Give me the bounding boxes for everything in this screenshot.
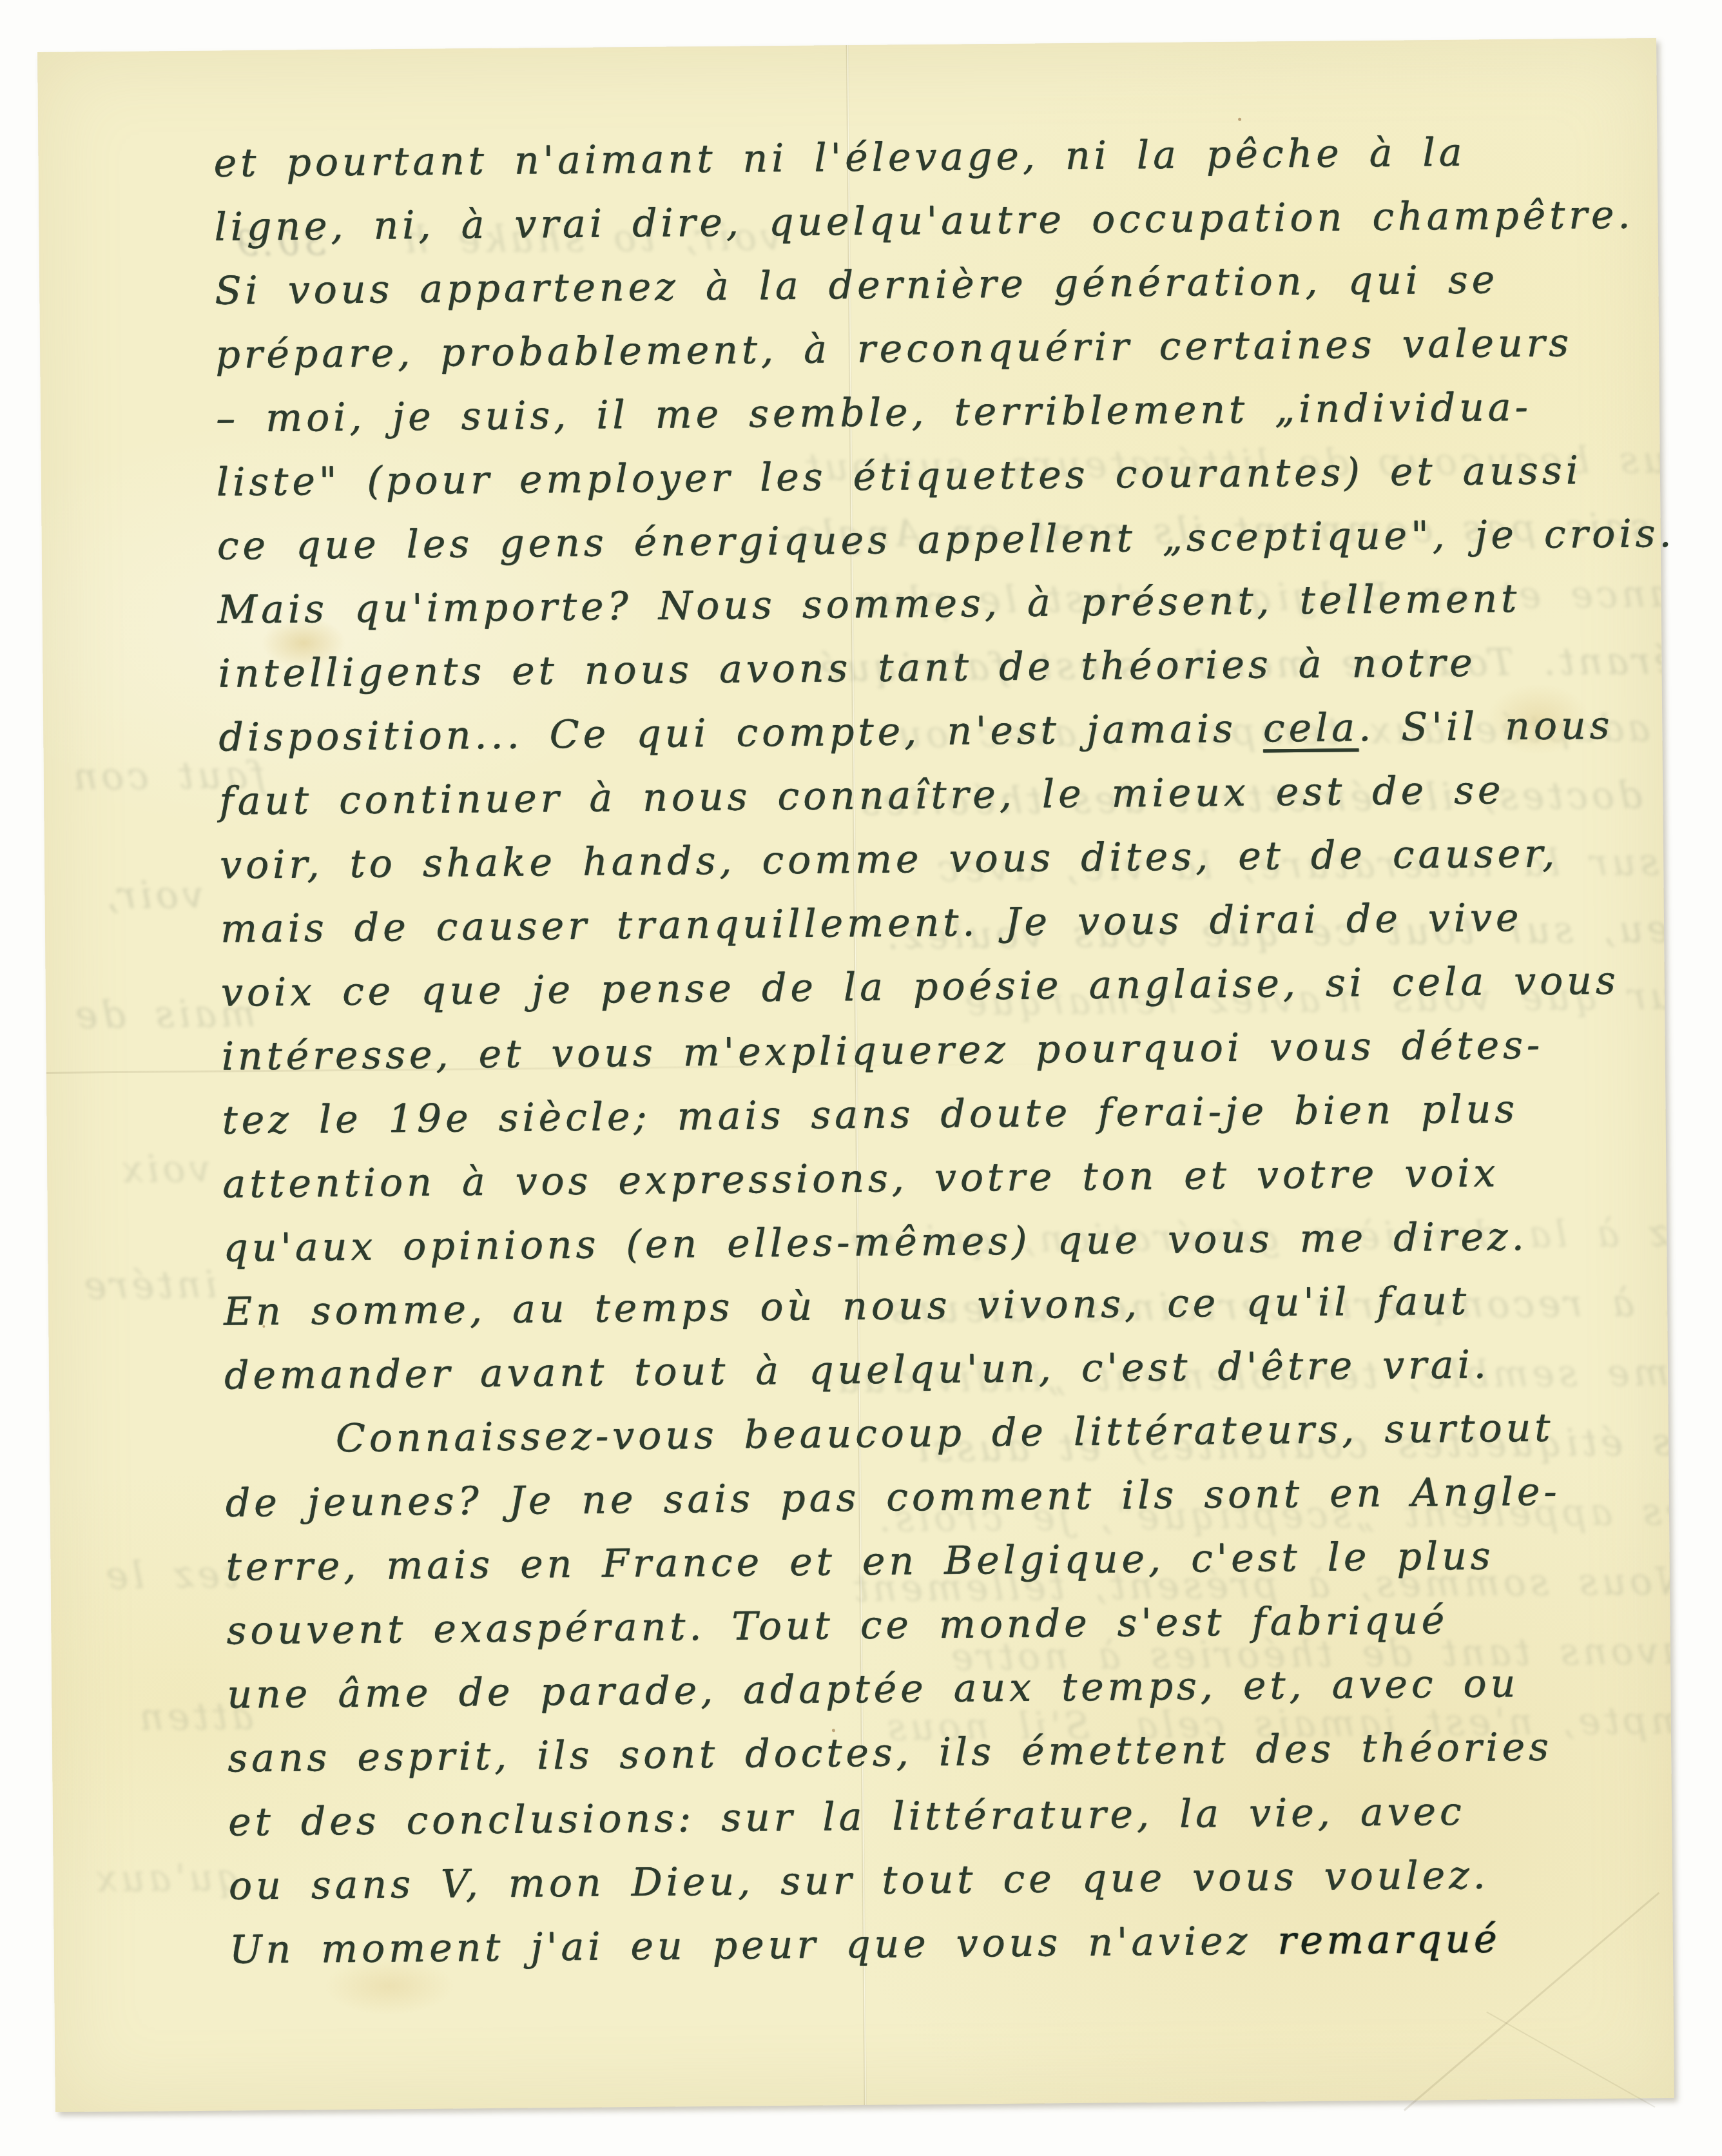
handwritten-line: une âme de parade, adaptée aux temps, et… [227, 1651, 1685, 1727]
handwritten-line: Si vous appartenez à la dernière générat… [215, 247, 1673, 324]
handwritten-line: et pourtant n'aimant ni l'élevage, ni la… [213, 119, 1672, 196]
handwritten-line: ce que les gens énergiques appellent „sc… [217, 502, 1675, 579]
show-through-text: tez le [102, 1552, 238, 1597]
handwritten-line: ou sans V, mon Dieu, sur tout ce que vou… [229, 1842, 1687, 1919]
show-through-text: intére [81, 1263, 217, 1308]
handwritten-line: tez le 19e siècle; mais sans doute ferai… [222, 1076, 1680, 1153]
handwritten-line: intéresse, et vous m'expliquerez pourquo… [221, 1013, 1679, 1089]
handwritten-line: attention à vos expressions, votre ton e… [222, 1140, 1681, 1217]
handwritten-line: liste" (pour employer les étiquettes cou… [217, 438, 1675, 515]
letter-body: et pourtant n'aimant ni l'élevage, ni la… [213, 119, 1688, 1983]
handwritten-line: terre, mais en France et en Belgique, c'… [226, 1523, 1684, 1600]
show-through-text: voix [118, 1147, 211, 1191]
line-segment: disposition... Ce qui compte, n'est jama… [218, 706, 1263, 760]
handwritten-line: intelligents et nous avons tant de théor… [218, 630, 1676, 706]
handwritten-line: mais de causer tranquillement. Je vous d… [220, 885, 1679, 962]
handwritten-line: ligne, ni, à vrai dire, quelqu'autre occ… [214, 183, 1672, 260]
line-segment: Un moment j'ai eu peur que vous n'aviez [229, 1918, 1278, 1972]
handwritten-line: faut continuer à nous connaître, le mieu… [219, 757, 1678, 834]
handwritten-line: prépare, probablement, à reconquérir cer… [215, 311, 1674, 387]
ink-speck [1238, 118, 1241, 121]
darker-ink-word: remarqué [1277, 1916, 1501, 1963]
show-through-text: voir, [102, 873, 204, 917]
handwritten-line: Connaissez-vous beaucoup de littérateurs… [224, 1395, 1683, 1472]
handwritten-line: En somme, au temps où nous vivons, ce qu… [224, 1268, 1682, 1345]
handwritten-line: sans esprit, ils sont doctes, ils émette… [227, 1714, 1686, 1791]
handwritten-line: et des conclusions: sur la littérature, … [228, 1778, 1687, 1855]
handwritten-line: disposition... Ce qui compte, n'est jama… [218, 694, 1677, 770]
handwritten-line: voix ce que je pense de la poésie anglai… [220, 949, 1679, 1025]
scanned-letter: Connaissez-vous beaucoup de littérateurs… [0, 0, 1722, 2156]
show-through-text: qu'aux [92, 1855, 242, 1900]
handwritten-line: – moi, je suis, il me semble, terribleme… [216, 374, 1674, 451]
handwritten-line: demander avant tout à quelqu'un, c'est d… [224, 1332, 1683, 1408]
letter-paper: Connaissez-vous beaucoup de littérateurs… [37, 38, 1674, 2112]
handwritten-line: voir, to shake hands, comme vous dites, … [220, 821, 1678, 898]
underlined-word: cela [1263, 705, 1359, 751]
corner-crease-small [1486, 2012, 1655, 2108]
handwritten-line: qu'aux opinions (en elles-mêmes) que vou… [223, 1204, 1681, 1281]
handwritten-line: Mais qu'importe? Nous sommes, à présent,… [217, 566, 1676, 643]
handwritten-line: souvent exaspérant. Tout ce monde s'est … [226, 1587, 1685, 1664]
handwritten-line: de jeunes? Je ne sais pas comment ils so… [225, 1459, 1683, 1536]
handwritten-line: Un moment j'ai eu peur que vous n'aviez … [229, 1906, 1687, 1983]
line-segment: . S'il nous [1359, 703, 1614, 750]
